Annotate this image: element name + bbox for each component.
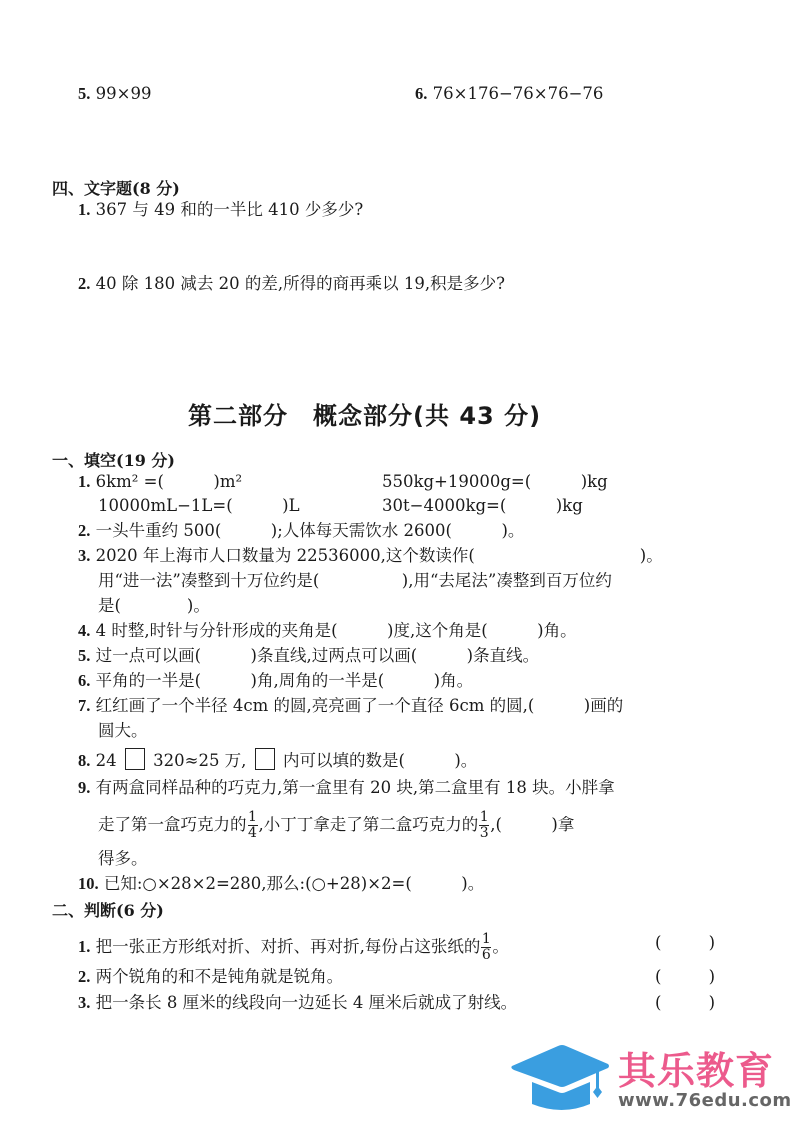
- fill-q2: 2. 一头牛重约 500( );人体每天需饮水 2600( )。: [78, 521, 524, 541]
- question-number: 6.: [78, 671, 90, 690]
- fill-q7-line1: 7. 红红画了一个半径 4cm 的圆,亮亮画了一个直径 6cm 的圆,( )画的: [78, 696, 623, 716]
- question-number: 10.: [78, 874, 99, 893]
- question-number: 1.: [78, 472, 90, 491]
- fill-q3-line2: 用“进一法”凑整到十万位约是( ),用“去尾法”凑整到百万位约: [98, 571, 612, 591]
- question-text: 24: [96, 751, 117, 770]
- question-number: 5.: [78, 646, 90, 665]
- fill-q3-line3: 是( )。: [98, 596, 210, 616]
- fill-q1-row1: 1. 6km² =( )m²: [78, 472, 242, 492]
- question-text: 有两盒同样品种的巧克力,第一盒里有 20 块,第二盒里有 18 块。小胖拿: [96, 778, 615, 797]
- answer-box[interactable]: [125, 748, 145, 770]
- denominator: 3: [480, 826, 489, 841]
- question-number: 9.: [78, 778, 90, 797]
- fraction: 14: [248, 810, 258, 841]
- fill-q5: 5. 过一点可以画( )条直线,过两点可以画( )条直线。: [78, 646, 539, 666]
- question-text: 走了第一盒巧克力的: [98, 815, 247, 834]
- question-text: 320≈25 万,: [153, 751, 246, 770]
- numerator: 1: [480, 810, 489, 825]
- fill-q9-line2: 走了第一盒巧克力的14,小丁丁拿走了第二盒巧克力的13,( )拿: [98, 810, 574, 841]
- judge-item-1: 1. 把一张正方形纸对折、对折、再对折,每份占这张纸的16。: [78, 932, 509, 963]
- paren-open: (: [655, 993, 661, 1012]
- question-text: 过一点可以画( )条直线,过两点可以画( )条直线。: [96, 646, 540, 665]
- question-number: 6.: [415, 84, 427, 103]
- question-number: 4.: [78, 621, 90, 640]
- watermark-logo: 其乐教育 www.76edu.com: [510, 1040, 790, 1115]
- paren-close: ): [709, 967, 715, 986]
- question-text: 一头牛重约 500( );人体每天需饮水 2600( )。: [96, 521, 525, 540]
- question-number: 7.: [78, 696, 90, 715]
- question-text: 已知:○×28×2=280,那么:(○+28)×2=( )。: [104, 874, 484, 893]
- question-text: 把一条长 8 厘米的线段向一边延长 4 厘米后就成了射线。: [96, 993, 517, 1012]
- fill-q1-c: 10000mL−1L=( )L: [98, 496, 300, 516]
- question-text: 平角的一半是( )角,周角的一半是( )角。: [96, 671, 474, 690]
- judge-section-title: 二、判断(6 分): [52, 898, 164, 921]
- fraction: 16: [481, 932, 491, 963]
- calc-q6: 6. 76×176−76×76−76: [415, 84, 603, 104]
- question-text: ,小丁丁拿走了第二盒巧克力的: [259, 815, 479, 834]
- fill-q8: 8. 24 320≈25 万, 内可以填的数是( )。: [78, 748, 477, 771]
- question-number: 5.: [78, 84, 90, 103]
- section4-item-2: 2. 40 除 180 减去 20 的差,所得的商再乘以 19,积是多少?: [78, 274, 505, 294]
- question-text: 内可以填的数是( )。: [283, 751, 477, 770]
- question-text: 两个锐角的和不是钝角就是锐角。: [96, 967, 344, 986]
- question-text: 把一张正方形纸对折、对折、再对折,每份占这张纸的: [96, 937, 481, 956]
- question-text: 。: [492, 937, 509, 956]
- question-expression: 99×99: [96, 84, 152, 103]
- judge-item-2: 2. 两个锐角的和不是钝角就是锐角。: [78, 967, 343, 987]
- fill-q9-line3: 得多。: [98, 849, 148, 869]
- fill-q1-b: 550kg+19000g=( )kg: [382, 472, 608, 492]
- numerator: 1: [482, 932, 491, 947]
- judge-answer-3[interactable]: ( ): [655, 993, 715, 1012]
- brand-name: 其乐教育: [618, 1040, 774, 1095]
- paren-close: ): [709, 993, 715, 1012]
- paren-open: (: [655, 933, 661, 952]
- question-text: 367 与 49 和的一半比 410 少多少?: [96, 200, 364, 219]
- brand-url: www.76edu.com: [618, 1090, 792, 1111]
- question-number: 2.: [78, 967, 90, 986]
- question-number: 8.: [78, 751, 90, 770]
- question-text: ,( )拿: [490, 815, 574, 834]
- judge-answer-1[interactable]: ( ): [655, 933, 715, 952]
- graduation-cap-icon: [510, 1042, 610, 1112]
- question-number: 2.: [78, 521, 90, 540]
- denominator: 6: [482, 948, 491, 963]
- paren-open: (: [655, 967, 661, 986]
- question-number: 1.: [78, 937, 90, 956]
- question-text: 红红画了一个半径 4cm 的圆,亮亮画了一个直径 6cm 的圆,( )画的: [96, 696, 624, 715]
- question-text: 40 除 180 减去 20 的差,所得的商再乘以 19,积是多少?: [96, 274, 505, 293]
- fraction: 13: [479, 810, 489, 841]
- question-number: 2.: [78, 274, 90, 293]
- fill-q4: 4. 4 时整,时针与分针形成的夹角是( )度,这个角是( )角。: [78, 621, 577, 641]
- question-expression: 76×176−76×76−76: [433, 84, 604, 103]
- fill-q1-d: 30t−4000kg=( )kg: [382, 496, 583, 516]
- fill-section-title: 一、填空(19 分): [52, 448, 175, 471]
- section4-title: 四、文字题(8 分): [52, 176, 180, 199]
- judge-item-3: 3. 把一条长 8 厘米的线段向一边延长 4 厘米后就成了射线。: [78, 993, 517, 1013]
- numerator: 1: [248, 810, 257, 825]
- fill-q1-a: 6km² =( )m²: [96, 472, 242, 491]
- question-number: 3.: [78, 546, 90, 565]
- calc-q5: 5. 99×99: [78, 84, 151, 104]
- fill-q10: 10. 已知:○×28×2=280,那么:(○+28)×2=( )。: [78, 874, 484, 894]
- section4-item-1: 1. 367 与 49 和的一半比 410 少多少?: [78, 200, 363, 220]
- question-number: 1.: [78, 200, 90, 219]
- part2-title: 第二部分 概念部分(共 43 分): [188, 396, 541, 431]
- paren-close: ): [709, 933, 715, 952]
- answer-box[interactable]: [255, 748, 275, 770]
- fill-q9-line1: 9. 有两盒同样品种的巧克力,第一盒里有 20 块,第二盒里有 18 块。小胖拿: [78, 778, 615, 798]
- question-number: 3.: [78, 993, 90, 1012]
- fill-q7-line2: 圆大。: [98, 721, 148, 741]
- fill-q3-line1: 3. 2020 年上海市人口数量为 22536000,这个数读作( )。: [78, 546, 663, 566]
- denominator: 4: [248, 826, 257, 841]
- question-text: 2020 年上海市人口数量为 22536000,这个数读作( )。: [96, 546, 663, 565]
- fill-q6: 6. 平角的一半是( )角,周角的一半是( )角。: [78, 671, 473, 691]
- question-text: 4 时整,时针与分针形成的夹角是( )度,这个角是( )角。: [96, 621, 577, 640]
- judge-answer-2[interactable]: ( ): [655, 967, 715, 986]
